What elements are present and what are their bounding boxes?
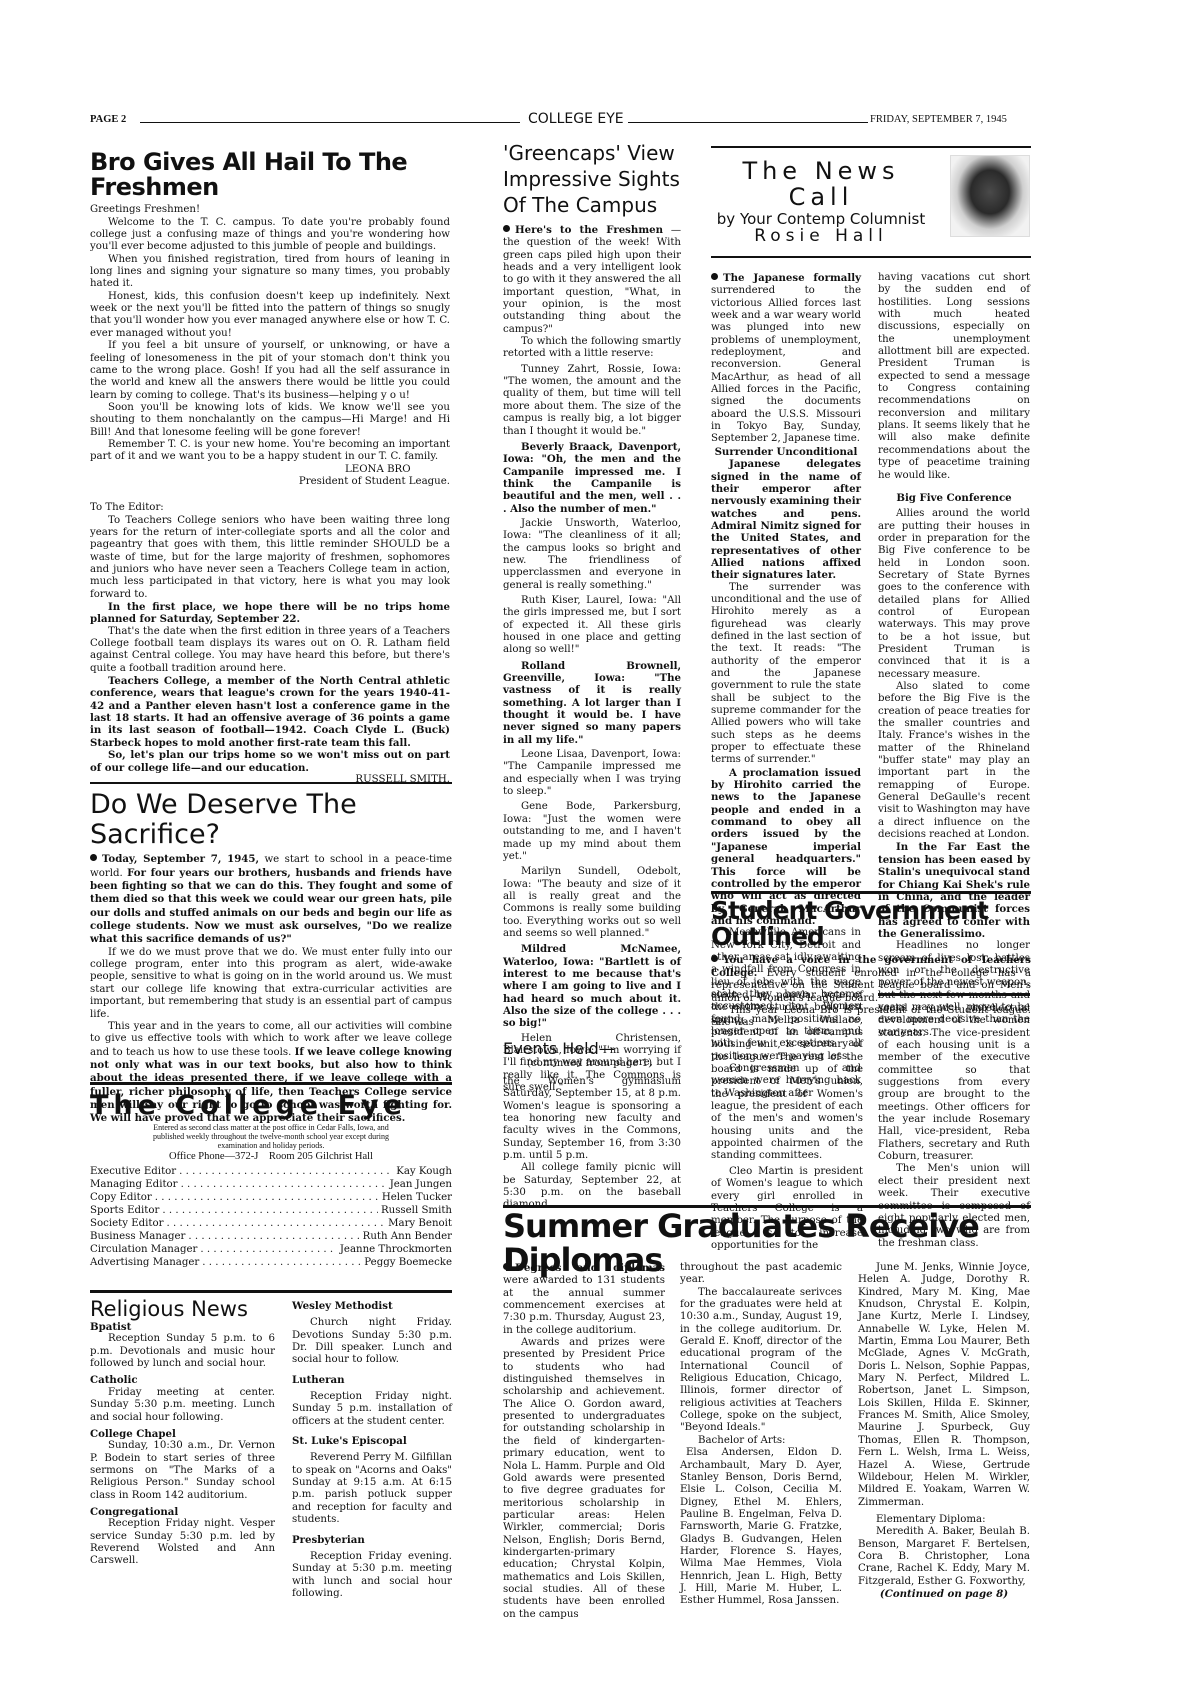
news-call-title: The News Call	[711, 158, 931, 211]
office-phone: Office Phone—372-J	[169, 1151, 258, 1162]
bullet-icon	[503, 225, 510, 232]
gov-paragraph: elected by popular vote of the entire st…	[711, 990, 863, 1163]
church-notice: Friday meeting at center. Sunday 5:30 p.…	[90, 1387, 275, 1424]
continued-note: (continued from page 1)	[503, 1058, 681, 1070]
bro-greeting: Greetings Freshmen!	[90, 204, 450, 216]
entry-note: Entered as second class matter at the po…	[90, 1123, 452, 1150]
news-call-byline: by Your Contemp Columnist	[711, 211, 931, 228]
lead-rest: surrendered to the victorious Allied for…	[711, 285, 861, 444]
bro-signature-name: LEONA BRO	[90, 464, 450, 476]
news-call-header: The News Call by Your Contemp Columnist …	[711, 158, 931, 246]
response: Rolland Brownell, Greenville, Iowa: "The…	[503, 660, 681, 746]
bachelor-label: Bachelor of Arts:	[680, 1435, 842, 1447]
subhead: Surrender Unconditional	[711, 446, 861, 458]
gov-paragraph: social and intellectual development of t…	[878, 1003, 1030, 1163]
response: Tunney Zahrt, Rossie, Iowa: "The women, …	[503, 364, 681, 438]
college-eye-box: The College Eye Entered as second class …	[90, 1090, 452, 1269]
grads-paragraph: The baccalaureate serivces for the gradu…	[680, 1287, 842, 1435]
bro-signature-title: President of Student League.	[90, 476, 450, 488]
news-paragraph: Japanese delegates signed in the name of…	[711, 458, 861, 581]
church-name: Bpatist	[90, 1321, 275, 1333]
grads-paragraph: Awards and prizes were presented by Pres…	[503, 1337, 665, 1621]
continued-link[interactable]: (Continued on page 8)	[858, 1588, 1030, 1600]
summer-grads-col1: Degrees and diplomas were awarded to 131…	[503, 1262, 665, 1621]
response: Gene Bode, Parkersburg, Iowa: "Just the …	[503, 801, 681, 863]
church-name: Lutheran	[292, 1374, 452, 1386]
church-name: Catholic	[90, 1374, 275, 1386]
events-headline: Events Held—	[503, 1040, 681, 1058]
lead-bold: Here's to the Freshmen	[515, 224, 663, 236]
lead-bold: Today, September 7, 1945,	[102, 853, 259, 865]
bullet-icon	[503, 1263, 510, 1270]
staff-row: Advertising ManagerPeggy Boemecke	[90, 1256, 452, 1269]
church-notice: Reception Sunday 5 p.m. to 6 p.m. Devoti…	[90, 1333, 275, 1370]
bullet-icon	[90, 854, 97, 861]
editor-letter: To The Editor: To Teachers College senio…	[90, 502, 450, 786]
letter-paragraph: To Teachers College seniors who have bee…	[90, 515, 450, 601]
student-gov-headline: Student Government Outlined	[711, 898, 1031, 951]
bro-article: Bro Gives All Hail To The Freshmen Greet…	[90, 150, 450, 786]
bro-headline: Bro Gives All Hail To The Freshmen	[90, 150, 450, 200]
staff-list: Executive EditorKay Kough Managing Edito…	[90, 1165, 452, 1269]
letter-signature: RUSSELL SMITH.	[90, 774, 450, 786]
lead-bold-2: For four years our brothers, husbands an…	[90, 867, 452, 946]
church-notice: Reverend Perry M. Gilfillan to speak on …	[292, 1452, 452, 1526]
grads-paragraph: throughout the past academic year.	[680, 1262, 842, 1287]
paper-name: COLLEGE EYE	[528, 111, 624, 127]
response: Marilyn Sundell, Odebolt, Iowa: "The bea…	[503, 866, 681, 940]
response: Jackie Unsworth, Waterloo, Iowa: "The cl…	[503, 518, 681, 592]
response: Beverly Braack, Davenport, Iowa: "Oh, th…	[503, 441, 681, 515]
events-paragraph: the Women's gymnasium Saturday, Septembe…	[503, 1076, 681, 1162]
church-notice: Church night Friday. Devotions Sunday 5:…	[292, 1317, 452, 1366]
bro-paragraph: If you feel a bit unsure of yourself, or…	[90, 340, 450, 402]
lead-rest: were awarded to 131 students at the annu…	[503, 1275, 665, 1335]
religious-news-left: Religious News Bpatist Reception Sunday …	[90, 1298, 275, 1568]
sacrifice-article: Do We Deserve The Sacrifice? Today, Sept…	[90, 790, 452, 1126]
bro-paragraph: Remember T. C. is your new home. You're …	[90, 439, 450, 464]
elementary-label: Elementary Diploma:	[858, 1514, 1030, 1526]
letter-paragraph: So, let's plan our trips home so we won'…	[90, 749, 450, 774]
staff-row: Circulation ManagerJeanne Throckmorten	[90, 1243, 452, 1256]
church-name: Wesley Methodist	[292, 1300, 452, 1312]
staff-row: Managing EditorJean Jungen	[90, 1178, 452, 1191]
greencaps-headline: Of The Campus	[503, 192, 681, 218]
church-notice: Sunday, 10:30 a.m., Dr. Vernon P. Bodein…	[90, 1440, 275, 1502]
bachelor-names: June M. Jenks, Winnie Joyce, Helen A. Ju…	[858, 1262, 1030, 1509]
staff-row: Sports EditorRussell Smith	[90, 1204, 452, 1217]
response: Leone Lisaa, Davenport, Iowa: "The Campa…	[503, 749, 681, 798]
columnist-photo	[950, 155, 1030, 237]
letter-paragraph: In the first place, we hope there will b…	[90, 601, 450, 626]
staff-row: Business ManagerRuth Ann Bender	[90, 1230, 452, 1243]
lead-bold: The Japanese formally	[723, 272, 861, 284]
church-name: Congregational	[90, 1506, 275, 1518]
news-paragraph: having vacations cut short by the sudden…	[878, 272, 1030, 482]
lead-bold: Degrees and diplomas	[515, 1262, 665, 1274]
lead-rest: — the question of the week! With green c…	[503, 225, 681, 335]
news-paragraph: The surrender was unconditional and the …	[711, 582, 861, 767]
response: Ruth Kiser, Laurel, Iowa: "All the girls…	[503, 595, 681, 657]
greencaps-intro: To which the following smartly retorted …	[503, 336, 681, 361]
letter-paragraph: That's the date when the first edition i…	[90, 626, 450, 675]
bro-paragraph: Welcome to the T. C. campus. To date you…	[90, 217, 450, 254]
response: Mildred McNamee, Waterloo, Iowa: "Bartle…	[503, 943, 681, 1029]
summer-grads-col3: June M. Jenks, Winnie Joyce, Helen A. Ju…	[858, 1262, 1030, 1600]
news-paragraph: Also slated to come before the Big Five …	[878, 681, 1030, 841]
events-held-article: Events Held— (continued from page 1) the…	[503, 1040, 681, 1212]
sacrifice-paragraph: If we do we must prove that we do. We mu…	[90, 947, 452, 1021]
staff-row: Copy EditorHelen Tucker	[90, 1191, 452, 1204]
bullet-icon	[711, 273, 718, 280]
elementary-names: Meredith A. Baker, Beulah B. Benson, Mar…	[858, 1526, 1030, 1588]
church-name: St. Luke's Episcopal	[292, 1435, 452, 1447]
subhead: Big Five Conference	[878, 492, 1030, 504]
editor-salutation: To The Editor:	[90, 502, 450, 514]
news-call-author: Rosie Hall	[711, 227, 931, 246]
church-name: Presbyterian	[292, 1534, 452, 1546]
sacrifice-headline: Do We Deserve The Sacrifice?	[90, 790, 452, 849]
bachelor-names: Elsa Andersen, Eldon D. Archambault, Mar…	[680, 1447, 842, 1607]
issue-date: FRIDAY, SEPTEMBER 7, 1945	[870, 114, 1007, 125]
bro-paragraph: When you finished registration, tired fr…	[90, 254, 450, 291]
church-name: College Chapel	[90, 1428, 275, 1440]
religious-news-headline: Religious News	[90, 1298, 275, 1321]
bullet-icon	[711, 955, 718, 962]
religious-news-right: Wesley Methodist Church night Friday. De…	[292, 1300, 452, 1600]
page-masthead: PAGE 2 COLLEGE EYE FRIDAY, SEPTEMBER 7, …	[90, 114, 1030, 130]
staff-row: Executive EditorKay Kough	[90, 1165, 452, 1178]
church-notice: Reception Friday night. Sunday 5 p.m. in…	[292, 1391, 452, 1428]
bro-paragraph: Honest, kids, this confusion doesn't kee…	[90, 291, 450, 340]
office-room: Room 205 Gilchrist Hall	[269, 1151, 373, 1162]
news-paragraph: Allies around the world are putting thei…	[878, 508, 1030, 681]
summer-grads-col2: throughout the past academic year. The b…	[680, 1262, 842, 1608]
greencaps-article: 'Greencaps' View Impressive Sights Of Th…	[503, 140, 681, 1094]
bro-paragraph: Soon you'll be knowing lots of kids. We …	[90, 402, 450, 439]
college-eye-title: The College Eye	[90, 1090, 452, 1121]
staff-row: Society EditorMary Benoit	[90, 1217, 452, 1230]
church-notice: Reception Friday night. Vesper service S…	[90, 1518, 275, 1567]
greencaps-headline: Impressive Sights	[503, 166, 681, 192]
church-notice: Reception Friday evening. Sunday at 5:30…	[292, 1551, 452, 1600]
greencaps-headline: 'Greencaps' View	[503, 140, 681, 166]
page-number: PAGE 2	[90, 114, 126, 125]
letter-paragraph: Teachers College, a member of the North …	[90, 675, 450, 749]
